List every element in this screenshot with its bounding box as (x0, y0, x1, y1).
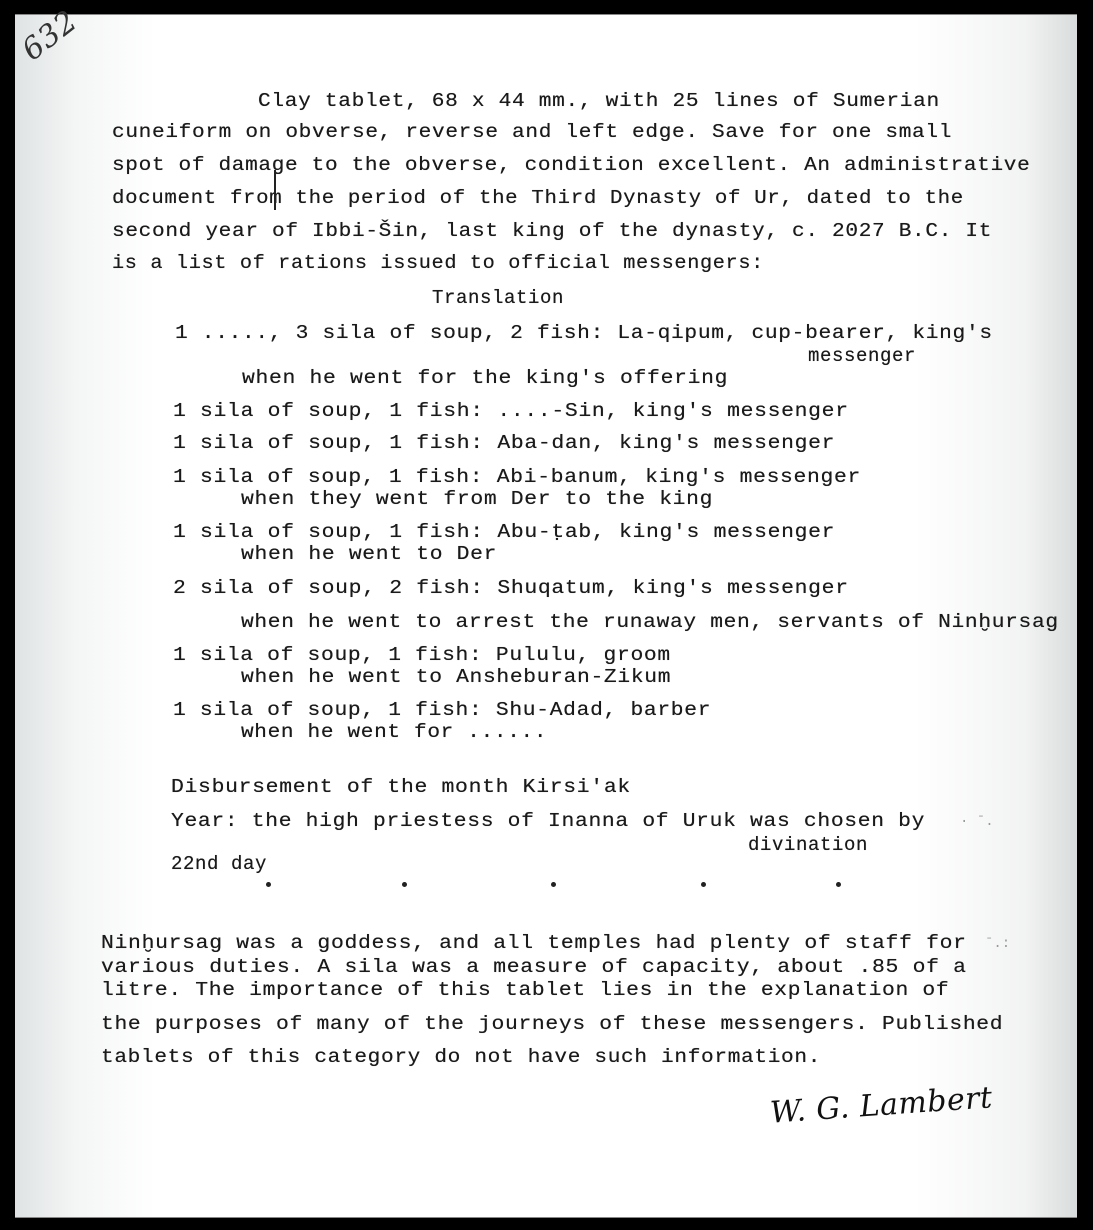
entry-5-purpose: when he went to Der (241, 543, 497, 565)
notes-line-4: the purposes of many of the journeys of … (101, 1013, 1003, 1035)
colophon-year-cont: divination (748, 834, 868, 856)
entry-4-purpose: when they went from Der to the king (241, 488, 713, 510)
entry-8-ration: 1 sila of soup, 1 fish: Shu-Adad, barber (173, 699, 711, 721)
entry-7-ration: 1 sila of soup, 1 fish: Pululu, groom (173, 644, 671, 666)
notes-line-3: litre. The importance of this tablet lie… (101, 979, 949, 1001)
intro-line-6: is a list of rations issued to official … (112, 252, 764, 274)
intro-line-2: cuneiform on obverse, reverse and left e… (112, 121, 952, 143)
separator-dot (836, 882, 841, 887)
entry-4-ration: 1 sila of soup, 1 fish: Abi-banum, king'… (173, 466, 861, 488)
separator-dot (266, 882, 271, 887)
stray-marks: ˉ.: (985, 936, 1010, 952)
colophon-disbursement: Disbursement of the month Kirsi'ak (171, 776, 631, 798)
intro-line-5: second year of Ibbi-Šin, last king of th… (112, 220, 992, 242)
intro-line-3: spot of damage to the obverse, condition… (112, 154, 1030, 176)
entry-1-purpose: when he went for the king's offering (242, 367, 728, 389)
entry-7-purpose: when he went to Ansheburan-Zikum (241, 666, 671, 688)
typewriter-correction-mark (274, 170, 276, 210)
entry-3-ration: 1 sila of soup, 1 fish: Aba-dan, king's … (173, 432, 835, 454)
intro-line-1: Clay tablet, 68 x 44 mm., with 25 lines … (258, 90, 940, 112)
entry-5-ration: 1 sila of soup, 1 fish: Abu-ṭab, king's … (173, 521, 835, 543)
separator-dot (701, 882, 706, 887)
entry-6-ration: 2 sila of soup, 2 fish: Shuqatum, king's… (173, 577, 849, 599)
section-separator (0, 882, 1093, 894)
notes-line-2: various duties. A sila was a measure of … (101, 956, 967, 978)
colophon-day: 22nd day (171, 853, 267, 875)
separator-dot (402, 882, 407, 887)
intro-line-4: document from the period of the Third Dy… (112, 187, 964, 209)
colophon-year: Year: the high priestess of Inanna of Ur… (171, 810, 925, 832)
notes-line-1: Ninḫursag was a goddess, and all temples… (101, 932, 967, 954)
translation-heading: Translation (432, 287, 564, 309)
entry-1-ration: 1 ....., 3 sila of soup, 2 fish: La-qipu… (175, 322, 993, 344)
entry-1-ration-cont: messenger (808, 345, 916, 367)
separator-dot (551, 882, 556, 887)
entry-6-purpose: when he went to arrest the runaway men, … (241, 611, 1059, 633)
handwritten-folio-number: 632 (15, 3, 84, 68)
entry-8-purpose: when he went for ...... (241, 721, 547, 743)
notes-line-5: tablets of this category do not have suc… (101, 1046, 821, 1068)
entry-2-ration: 1 sila of soup, 1 fish: ....-Sin, king's… (173, 400, 849, 422)
stray-marks: · ˉ. (960, 814, 994, 830)
